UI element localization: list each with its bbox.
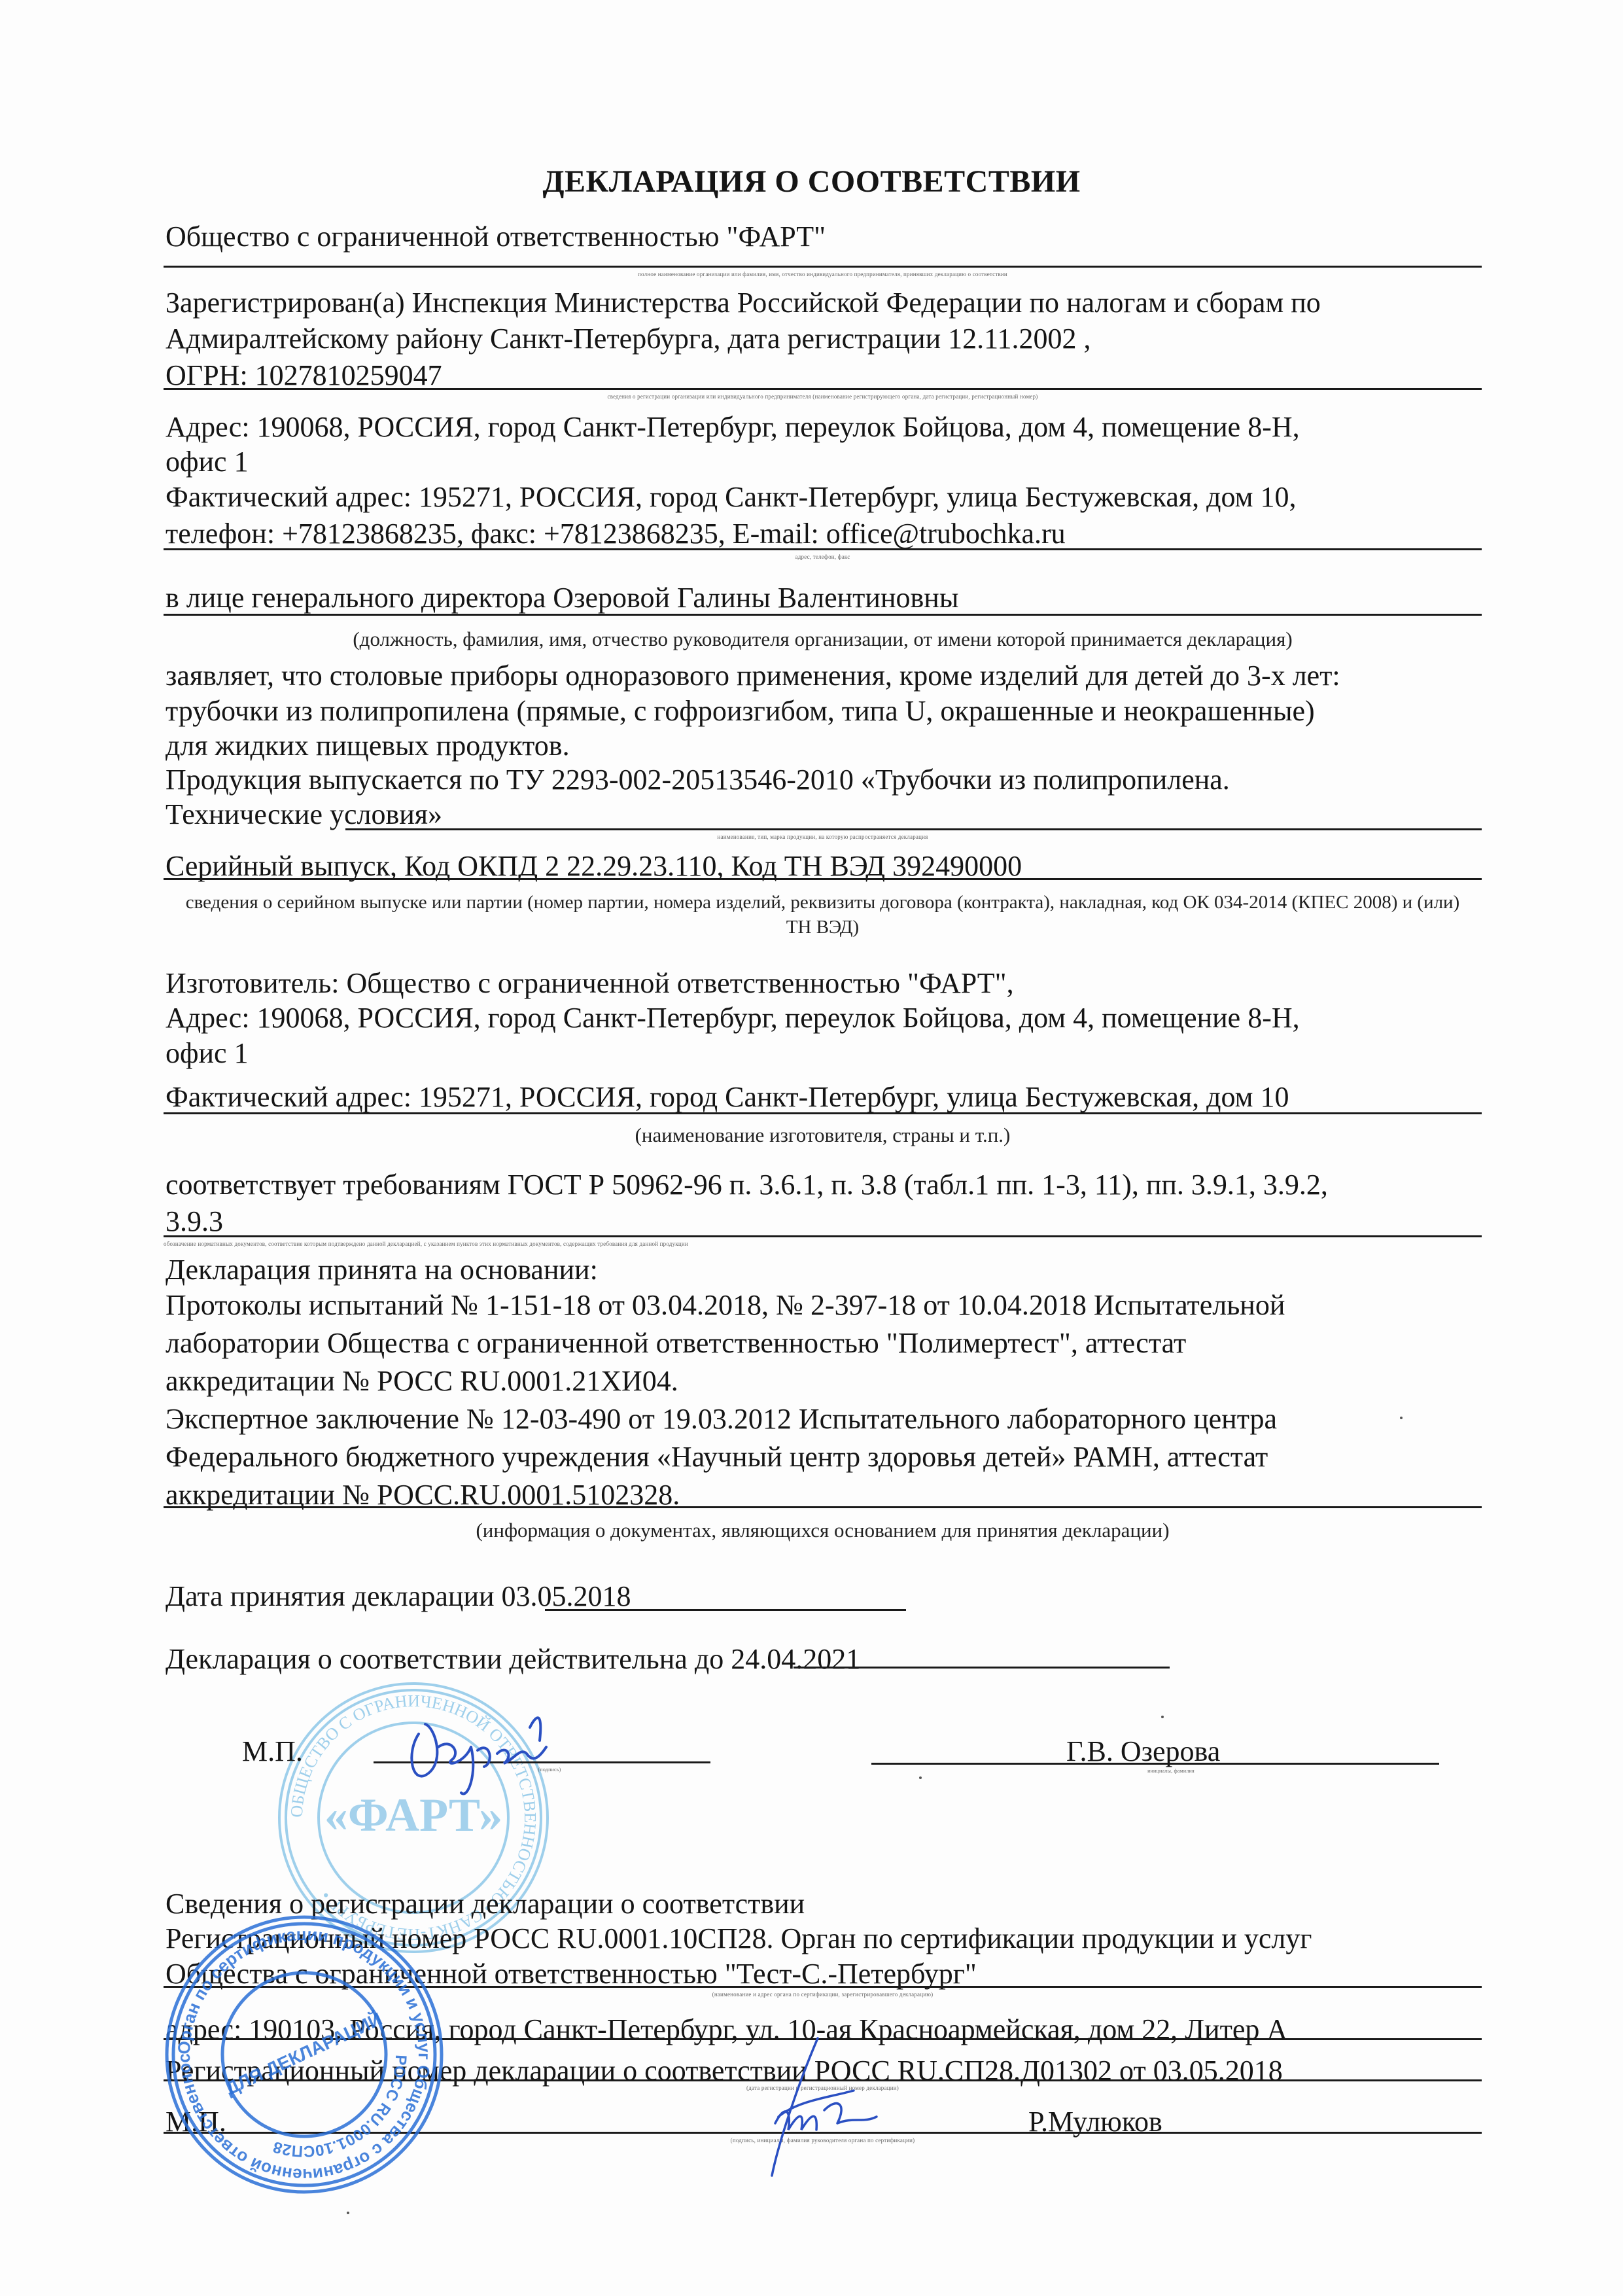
scan-speck <box>347 2212 349 2214</box>
registration-line-1: Зарегистрирован(а) Инспекция Министерств… <box>166 289 1321 317</box>
signer-applicant: Г.В. Озерова <box>1066 1737 1220 1766</box>
seal-label-applicant: М.П. <box>242 1737 303 1766</box>
valid-until-label: Декларация о соответствии действительна … <box>166 1645 860 1674</box>
basis-line-5: Федерального бюджетного учреждения «Науч… <box>166 1443 1268 1472</box>
divider <box>164 548 1482 550</box>
scan-speck <box>919 1776 922 1779</box>
manufacturer-caption: (наименование изготовителя, страны и т.п… <box>164 1123 1482 1148</box>
product-caption: наименование, тип, марка продукции, на к… <box>164 834 1482 841</box>
product-line-3: для жидких пищевых продуктов. <box>166 732 570 760</box>
registration-line-2: Адмиралтейскому району Санкт-Петербурга,… <box>166 325 1091 353</box>
divider <box>345 828 1482 830</box>
basis-line-3: аккредитации № РОСС RU.0001.21ХИ04. <box>166 1367 678 1396</box>
divider <box>164 1112 1482 1114</box>
registration-body-line-2: Общества с ограниченной ответственностью… <box>166 1960 977 1988</box>
manufacturer-line-4: Фактический адрес: 195271, РОССИЯ, город… <box>166 1083 1289 1112</box>
adoption-date: 03.05.2018 <box>502 1580 631 1612</box>
declaration-number-caption: (дата регистрации и регистрационный номе… <box>164 2085 1482 2092</box>
conformity-line-1: соответствует требованиям ГОСТ Р 50962-9… <box>166 1171 1328 1199</box>
manufacturer-line-3: офис 1 <box>166 1039 249 1068</box>
applicant-name: Общество с ограниченной ответственностью… <box>166 222 826 251</box>
representative-caption: (должность, фамилия, имя, отчество руков… <box>164 627 1482 652</box>
signature-caption-applicant: (подпись) <box>517 1767 582 1773</box>
basis-line-4: Экспертное заключение № 12-03-490 от 19.… <box>166 1405 1277 1434</box>
svg-text:«ФАРТ»: «ФАРТ» <box>324 1789 502 1841</box>
signer-line-applicant <box>871 1763 1439 1765</box>
product-line-1: заявляет, что столовые приборы одноразов… <box>166 662 1340 690</box>
divider <box>164 1986 1482 1988</box>
divider <box>164 614 1482 616</box>
product-line-2: трубочки из полипропилена (прямые, с гоф… <box>166 697 1315 726</box>
address-line-4: телефон: +78123868235, факс: +7812386823… <box>166 520 1066 548</box>
conformity-line-2: 3.9.3 <box>166 1207 223 1236</box>
basis-heading: Декларация принята на основании: <box>166 1256 598 1284</box>
registration-heading: Сведения о регистрации декларации о соот… <box>166 1890 805 1918</box>
adoption-date-label: Дата принятия декларации 03.05.2018 <box>166 1582 631 1611</box>
signer-caption-applicant: инициалы, фамилия <box>1125 1768 1217 1775</box>
product-line-5: Технические условия» <box>166 800 442 829</box>
address-line-1: Адрес: 190068, РОССИЯ, город Санкт-Петер… <box>166 413 1300 442</box>
registration-body-line-1: Регистрационный номер РОСС RU.0001.10СП2… <box>166 1924 1312 1953</box>
serial-caption: сведения о серийном выпуске или партии (… <box>164 890 1482 940</box>
divider <box>164 1235 1482 1237</box>
divider <box>164 1506 1482 1508</box>
valid-until-underline <box>794 1667 1170 1669</box>
manufacturer-line-2: Адрес: 190068, РОССИЯ, город Санкт-Петер… <box>166 1004 1300 1033</box>
registration-line-3: ОГРН: 1027810259047 <box>166 361 442 390</box>
basis-caption: (информация о документах, являющихся осн… <box>164 1518 1482 1544</box>
scan-speck <box>1400 1417 1403 1419</box>
basis-line-6: аккредитации № РОСС.RU.0001.5102328. <box>166 1481 680 1510</box>
product-line-4: Продукция выпускается по ТУ 2293-002-205… <box>166 766 1230 794</box>
signature-line-registrar <box>164 2132 1482 2134</box>
address-line-3: Фактический адрес: 195271, РОССИЯ, город… <box>166 483 1296 512</box>
declaration-page: ДЕКЛАРАЦИЯ О СООТВЕТСТВИИ Общество с огр… <box>0 0 1623 2296</box>
signature-line-applicant <box>374 1761 710 1763</box>
signer-caption-registrar: (подпись, инициалы, фамилия руководителя… <box>164 2137 1482 2144</box>
basis-line-2: лаборатории Общества с ограниченной отве… <box>166 1329 1186 1358</box>
address-caption: адрес, телефон, факс <box>164 554 1482 561</box>
manufacturer-line-1: Изготовитель: Общество с ограниченной от… <box>166 969 1014 998</box>
scan-speck <box>1161 1716 1164 1718</box>
applicant-name-caption: полное наименование организации или фами… <box>164 271 1482 278</box>
address-line-2: офис 1 <box>166 448 249 476</box>
divider <box>164 388 1482 390</box>
divider <box>164 878 1482 880</box>
valid-until-date: 24.04.2021 <box>731 1643 860 1675</box>
divider <box>164 266 1482 268</box>
registration-body-caption: (наименование и адрес органа по сертифик… <box>164 1991 1482 1998</box>
representative: в лице генерального директора Озеровой Г… <box>166 584 958 612</box>
document-title: ДЕКЛАРАЦИЯ О СООТВЕТСТВИИ <box>0 164 1623 200</box>
registration-caption: сведения о регистрации организации или и… <box>164 393 1482 400</box>
basis-line-1: Протоколы испытаний № 1-151-18 от 03.04.… <box>166 1291 1285 1320</box>
company-seal-icon: ОБЩЕСТВО С ОГРАНИЧЕННОЙ ОТВЕТСТВЕННОСТЬЮ… <box>270 1670 557 1965</box>
adoption-date-underline <box>545 1609 906 1611</box>
divider <box>164 2079 1482 2081</box>
serial-line: Серийный выпуск, Код ОКПД 2 22.29.23.110… <box>166 852 1022 881</box>
conformity-caption: обозначение нормативных документов, соот… <box>164 1241 1482 1248</box>
divider <box>164 2038 1482 2040</box>
signature-ozerova-icon <box>399 1701 569 1806</box>
